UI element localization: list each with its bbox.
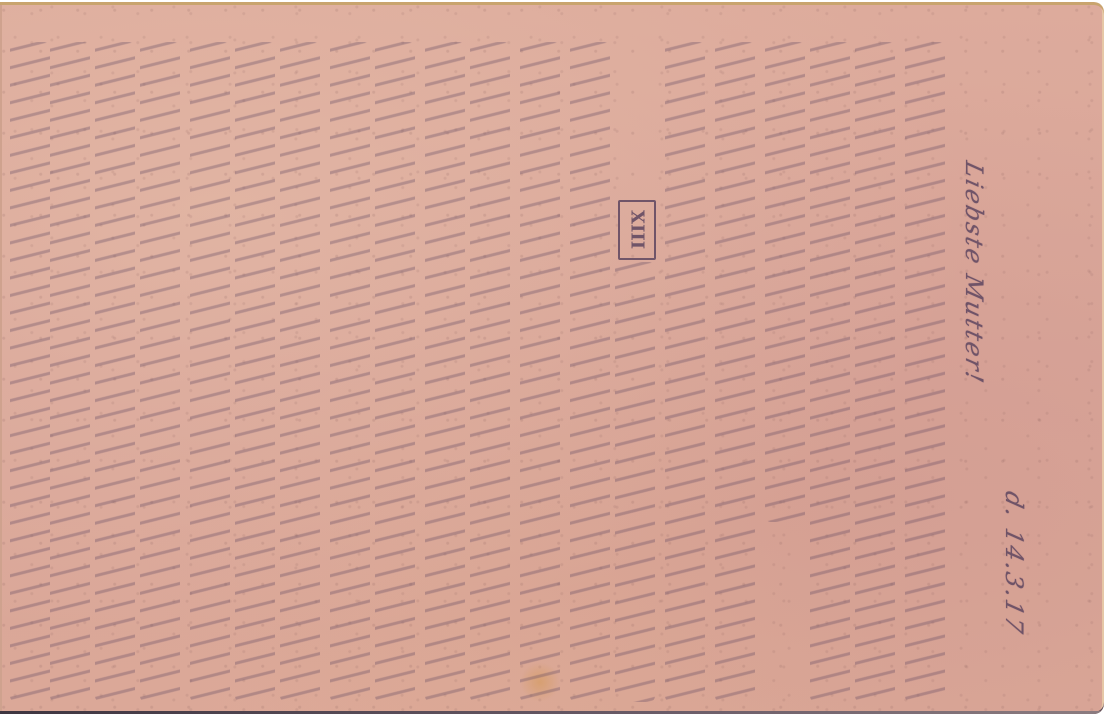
greeting: Liebste Mutter!	[960, 159, 988, 388]
boxed-numeral-text: XIII	[627, 210, 648, 249]
handwriting-line-illegible	[905, 42, 945, 702]
handwriting-line-illegible	[665, 42, 705, 702]
card-bottom-edge	[0, 711, 1104, 714]
date-header: d. 14.3.17	[1000, 489, 1028, 638]
handwriting-line-illegible	[330, 42, 370, 702]
handwriting-line-illegible	[235, 42, 275, 702]
handwriting-line-illegible	[95, 42, 135, 702]
handwriting-line-illegible	[765, 42, 805, 522]
handwriting-line-illegible	[140, 42, 180, 702]
boxed-numeral: XIII	[618, 200, 656, 260]
handwriting-line-illegible	[470, 42, 510, 702]
handwriting-line-illegible	[570, 42, 610, 702]
handwriting-line-illegible	[280, 42, 320, 702]
handwriting-line-illegible	[375, 42, 415, 702]
handwriting-line-illegible	[855, 42, 895, 702]
handwriting-line-illegible	[50, 42, 90, 702]
postcard: d. 14.3.17 Liebste Mutter! XIII	[0, 2, 1104, 714]
handwriting-line-illegible	[10, 42, 50, 702]
handwriting-line-illegible	[810, 42, 850, 702]
handwriting-line-illegible	[190, 42, 230, 702]
handwriting-line-illegible	[615, 262, 655, 702]
handwriting-line-illegible	[425, 42, 465, 702]
handwriting-line-illegible	[520, 42, 560, 702]
handwriting-line-illegible	[715, 42, 755, 702]
